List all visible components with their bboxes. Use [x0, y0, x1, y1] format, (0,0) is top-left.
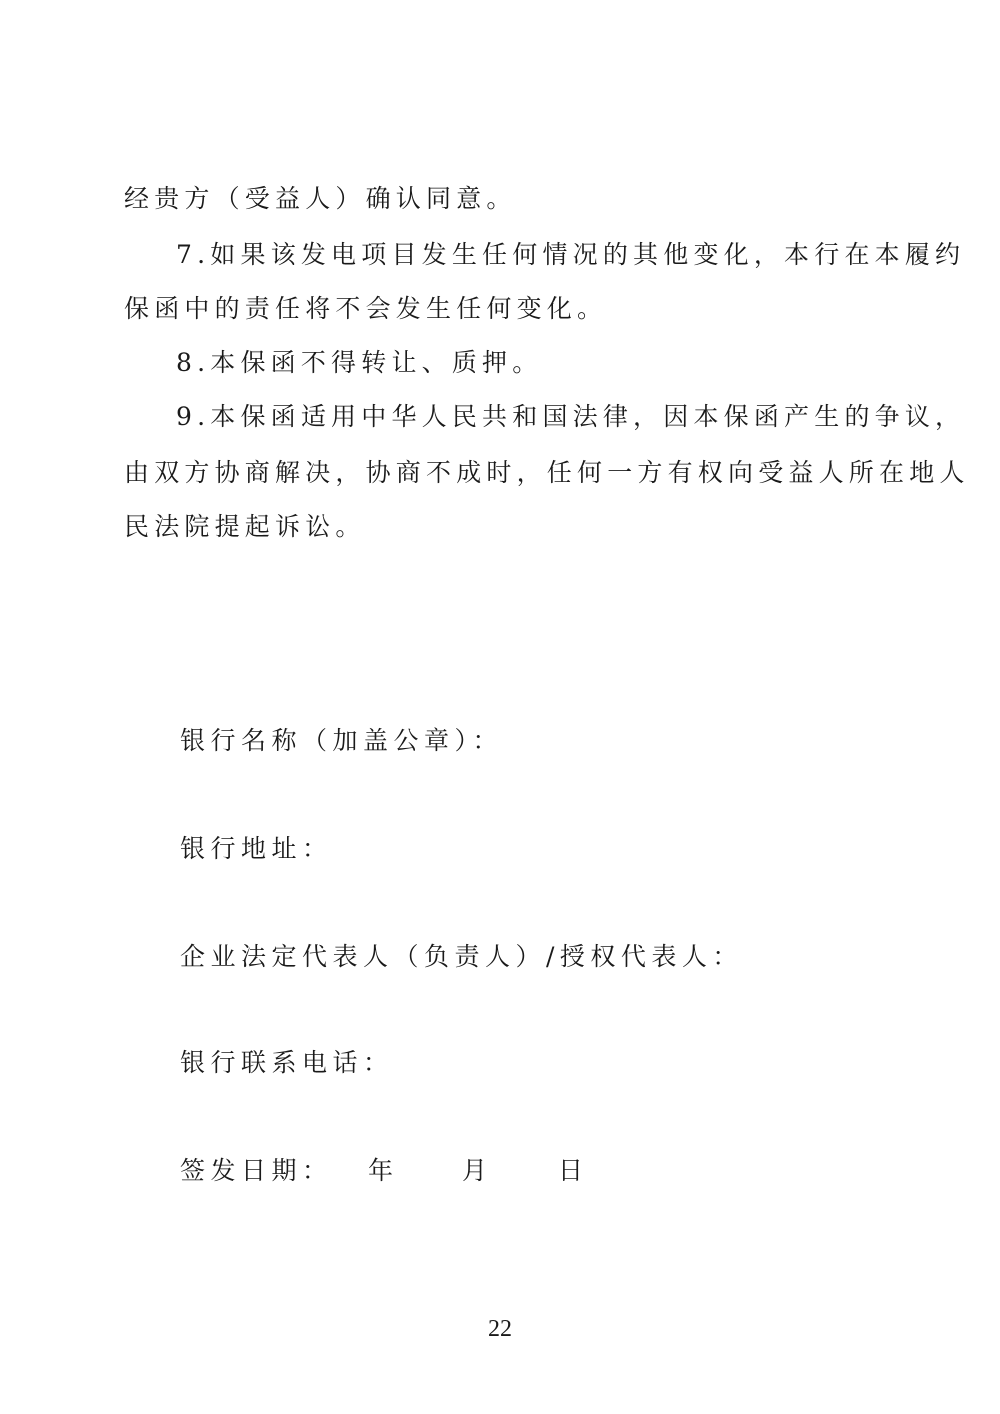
clause-9-line-1: 9.本保函适用中华人民共和国法律，因本保函产生的争议，: [176, 404, 965, 429]
day-label: 日: [558, 1158, 589, 1183]
clause-7-line-1: 7.如果该发电项目发生任何情况的其他变化，本行在本履约: [176, 242, 965, 267]
clause-7-line-2: 保函中的责任将不会发生任何变化。: [124, 296, 607, 321]
document-page: 经贵方（受益人）确认同意。 7.如果该发电项目发生任何情况的其他变化，本行在本履…: [0, 0, 1000, 1414]
year-label: 年: [368, 1158, 399, 1183]
issue-date-label: 签发日期：: [180, 1158, 333, 1183]
bank-name-label: 银行名称（加盖公章）：: [180, 728, 503, 753]
paragraph-line: 经贵方（受益人）确认同意。: [124, 186, 517, 211]
bank-phone-label: 银行联系电话：: [180, 1050, 394, 1075]
month-label: 月: [462, 1158, 493, 1183]
clause-9-line-2: 由双方协商解决，协商不成时，任何一方有权向受益人所在地人: [124, 460, 970, 485]
issue-date-row: 签发日期： 年 月 日: [180, 1158, 600, 1188]
page-number: 22: [0, 1316, 1000, 1343]
clause-8-line-1: 8.本保函不得转让、质押。: [176, 350, 542, 375]
bank-address-label: 银行地址：: [180, 836, 333, 861]
clause-9-line-3: 民法院提起诉讼。: [124, 514, 366, 539]
representative-label: 企业法定代表人（负责人）/授权代表人：: [180, 944, 743, 969]
